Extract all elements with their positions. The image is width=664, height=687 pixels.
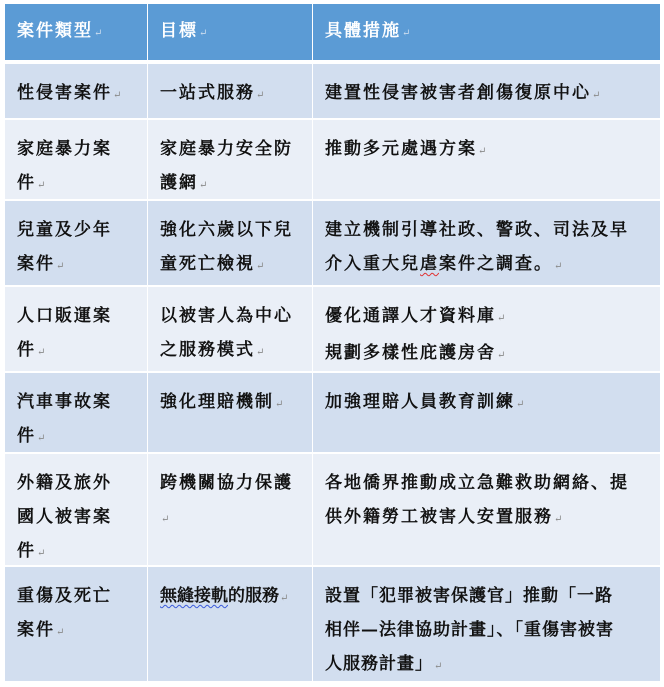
paragraph-mark-icon: ↵ bbox=[199, 180, 207, 191]
table-row: 性侵害案件↵ 一站式服務↵ 建置性侵害被害者創傷復原中心↵ bbox=[5, 64, 660, 120]
cell-text: 的服務 bbox=[228, 586, 279, 606]
paragraph-mark-icon: ↵ bbox=[94, 28, 102, 39]
paragraph-mark-icon: ↵ bbox=[37, 433, 45, 444]
measures-table: 案件類型↵ 目標↵ 具體措施↵ 性侵害案件↵ 一站式服務↵ 建置性侵害被害者創傷… bbox=[5, 4, 660, 681]
cell-text: 件 bbox=[17, 340, 36, 360]
cell-goal[interactable]: 無縫接軌的服務↵ bbox=[148, 567, 313, 681]
cell-text: 外籍及旅外 bbox=[17, 466, 135, 500]
cell-text: 汽車事故案 bbox=[17, 385, 135, 419]
cell-text: 童死亡檢視 bbox=[160, 254, 255, 274]
paragraph-mark-icon: ↵ bbox=[256, 90, 264, 101]
cell-text: 國人被害案 bbox=[17, 500, 135, 534]
paragraph-mark-icon: ↵ bbox=[497, 350, 505, 361]
paragraph-mark-icon: ↵ bbox=[161, 514, 169, 525]
table-row: 重傷及死亡 案件↵ 無縫接軌的服務↵ 設置「犯罪被害保護官」推動「一路 相伴—法… bbox=[5, 567, 660, 681]
table-header-row: 案件類型↵ 目標↵ 具體措施↵ bbox=[5, 4, 660, 64]
cell-measure[interactable]: 優化通譯人才資料庫↵ 規劃多樣性庇護房舍↵ bbox=[313, 287, 660, 371]
paragraph-mark-icon: ↵ bbox=[280, 593, 288, 604]
cell-text: 件 bbox=[17, 426, 36, 446]
cell-measure[interactable]: 各地僑界推動成立急難救助網絡、提 供外籍勞工被害人安置服務↵ bbox=[313, 454, 660, 565]
paragraph-mark-icon: ↵ bbox=[37, 548, 45, 559]
cell-measure[interactable]: 推動多元處遇方案↵ bbox=[313, 120, 660, 199]
cell-text: 建立機制引導社政、警政、司法及早 bbox=[325, 213, 648, 247]
paragraph-mark-icon: ↵ bbox=[256, 347, 264, 358]
paragraph-mark-icon: ↵ bbox=[56, 261, 64, 272]
header-label: 案件類型 bbox=[17, 21, 93, 41]
cell-text: 跨機關協力保護 bbox=[160, 473, 293, 493]
cell-text: 設置「犯罪被害保護官」推動「一路 bbox=[325, 579, 648, 613]
cell-measure[interactable]: 建立機制引導社政、警政、司法及早 介入重大兒虐案件之調查。↵ bbox=[313, 201, 660, 285]
cell-text: 家庭暴力案 bbox=[17, 132, 135, 166]
header-cell-case-type[interactable]: 案件類型↵ bbox=[5, 4, 148, 60]
cell-case-type[interactable]: 兒童及少年 案件↵ bbox=[5, 201, 148, 285]
paragraph-mark-icon: ↵ bbox=[402, 28, 410, 39]
cell-text: 人服務計畫」 bbox=[325, 654, 433, 674]
cell-measure[interactable]: 建置性侵害被害者創傷復原中心↵ bbox=[313, 64, 660, 118]
cell-text: 優化通譯人才資料庫 bbox=[325, 306, 496, 326]
paragraph-mark-icon: ↵ bbox=[199, 28, 207, 39]
cell-case-type[interactable]: 家庭暴力案 件↵ bbox=[5, 120, 148, 199]
cell-text: 件 bbox=[17, 541, 36, 561]
header-label: 目標 bbox=[160, 21, 198, 41]
cell-case-type[interactable]: 外籍及旅外 國人被害案 件↵ bbox=[5, 454, 148, 565]
cell-text: 案件 bbox=[17, 254, 55, 274]
cell-text: 相伴—法律協助計畫」、「重傷害被害 bbox=[325, 613, 648, 647]
cell-text: 重傷及死亡 bbox=[17, 579, 135, 613]
cell-text: 供外籍勞工被害人安置服務 bbox=[325, 507, 553, 527]
cell-text: 性侵害案件 bbox=[17, 83, 112, 103]
paragraph-mark-icon: ↵ bbox=[497, 313, 505, 324]
paragraph-mark-icon: ↵ bbox=[275, 399, 283, 410]
cell-goal[interactable]: 強化六歲以下兒 童死亡檢視↵ bbox=[148, 201, 313, 285]
cell-goal[interactable]: 一站式服務↵ bbox=[148, 64, 313, 118]
paragraph-mark-icon: ↵ bbox=[37, 180, 45, 191]
paragraph-mark-icon: ↵ bbox=[592, 90, 600, 101]
cell-text: 建置性侵害被害者創傷復原中心 bbox=[325, 83, 591, 103]
paragraph-mark-icon: ↵ bbox=[554, 514, 562, 525]
cell-goal[interactable]: 家庭暴力安全防 護網↵ bbox=[148, 120, 313, 199]
table-row: 人口販運案 件↵ 以被害人為中心 之服務模式↵ 優化通譯人才資料庫↵ 規劃多樣性… bbox=[5, 287, 660, 373]
cell-text: 案件之調查。 bbox=[439, 254, 553, 274]
paragraph-mark-icon: ↵ bbox=[256, 261, 264, 272]
cell-text: 規劃多樣性庇護房舍 bbox=[325, 343, 496, 363]
cell-text: 加強理賠人員教育訓練 bbox=[325, 392, 515, 412]
cell-measure[interactable]: 加強理賠人員教育訓練↵ bbox=[313, 373, 660, 452]
cell-text: 以被害人為中心 bbox=[160, 299, 300, 333]
table-row: 家庭暴力案 件↵ 家庭暴力安全防 護網↵ 推動多元處遇方案↵ bbox=[5, 120, 660, 201]
cell-case-type[interactable]: 人口販運案 件↵ bbox=[5, 287, 148, 371]
cell-case-type[interactable]: 性侵害案件↵ bbox=[5, 64, 148, 118]
spellcheck-underline[interactable]: 虐 bbox=[420, 254, 439, 274]
cell-goal[interactable]: 跨機關協力保護↵ bbox=[148, 454, 313, 565]
paragraph-mark-icon: ↵ bbox=[478, 146, 486, 157]
cell-text: 之服務模式 bbox=[160, 340, 255, 360]
table-row: 兒童及少年 案件↵ 強化六歲以下兒 童死亡檢視↵ 建立機制引導社政、警政、司法及… bbox=[5, 201, 660, 287]
cell-goal[interactable]: 以被害人為中心 之服務模式↵ bbox=[148, 287, 313, 371]
table-row: 汽車事故案 件↵ 強化理賠機制↵ 加強理賠人員教育訓練↵ bbox=[5, 373, 660, 454]
cell-text: 一站式服務 bbox=[160, 83, 255, 103]
cell-case-type[interactable]: 汽車事故案 件↵ bbox=[5, 373, 148, 452]
cell-text: 介入重大兒 bbox=[325, 254, 420, 274]
cell-text: 家庭暴力安全防 bbox=[160, 132, 300, 166]
paragraph-mark-icon: ↵ bbox=[434, 661, 442, 672]
paragraph-mark-icon: ↵ bbox=[516, 399, 524, 410]
paragraph-mark-icon: ↵ bbox=[113, 90, 121, 101]
table-row: 外籍及旅外 國人被害案 件↵ 跨機關協力保護↵ 各地僑界推動成立急難救助網絡、提… bbox=[5, 454, 660, 567]
cell-text: 各地僑界推動成立急難救助網絡、提 bbox=[325, 466, 648, 500]
grammar-underline[interactable]: 無縫接軌 bbox=[160, 586, 228, 606]
cell-text: 強化理賠機制 bbox=[160, 392, 274, 412]
cell-text: 推動多元處遇方案 bbox=[325, 139, 477, 159]
header-cell-measures[interactable]: 具體措施↵ bbox=[313, 4, 660, 60]
cell-case-type[interactable]: 重傷及死亡 案件↵ bbox=[5, 567, 148, 681]
cell-text: 件 bbox=[17, 173, 36, 193]
paragraph-mark-icon: ↵ bbox=[37, 347, 45, 358]
cell-text: 強化六歲以下兒 bbox=[160, 213, 300, 247]
cell-goal[interactable]: 強化理賠機制↵ bbox=[148, 373, 313, 452]
cell-text: 人口販運案 bbox=[17, 299, 135, 333]
cell-text: 案件 bbox=[17, 620, 55, 640]
paragraph-mark-icon: ↵ bbox=[554, 261, 562, 272]
cell-text: 護網 bbox=[160, 173, 198, 193]
header-cell-goal[interactable]: 目標↵ bbox=[148, 4, 313, 60]
cell-measure[interactable]: 設置「犯罪被害保護官」推動「一路 相伴—法律協助計畫」、「重傷害被害 人服務計畫… bbox=[313, 567, 660, 681]
cell-text: 兒童及少年 bbox=[17, 213, 135, 247]
header-label: 具體措施 bbox=[325, 21, 401, 41]
paragraph-mark-icon: ↵ bbox=[56, 627, 64, 638]
